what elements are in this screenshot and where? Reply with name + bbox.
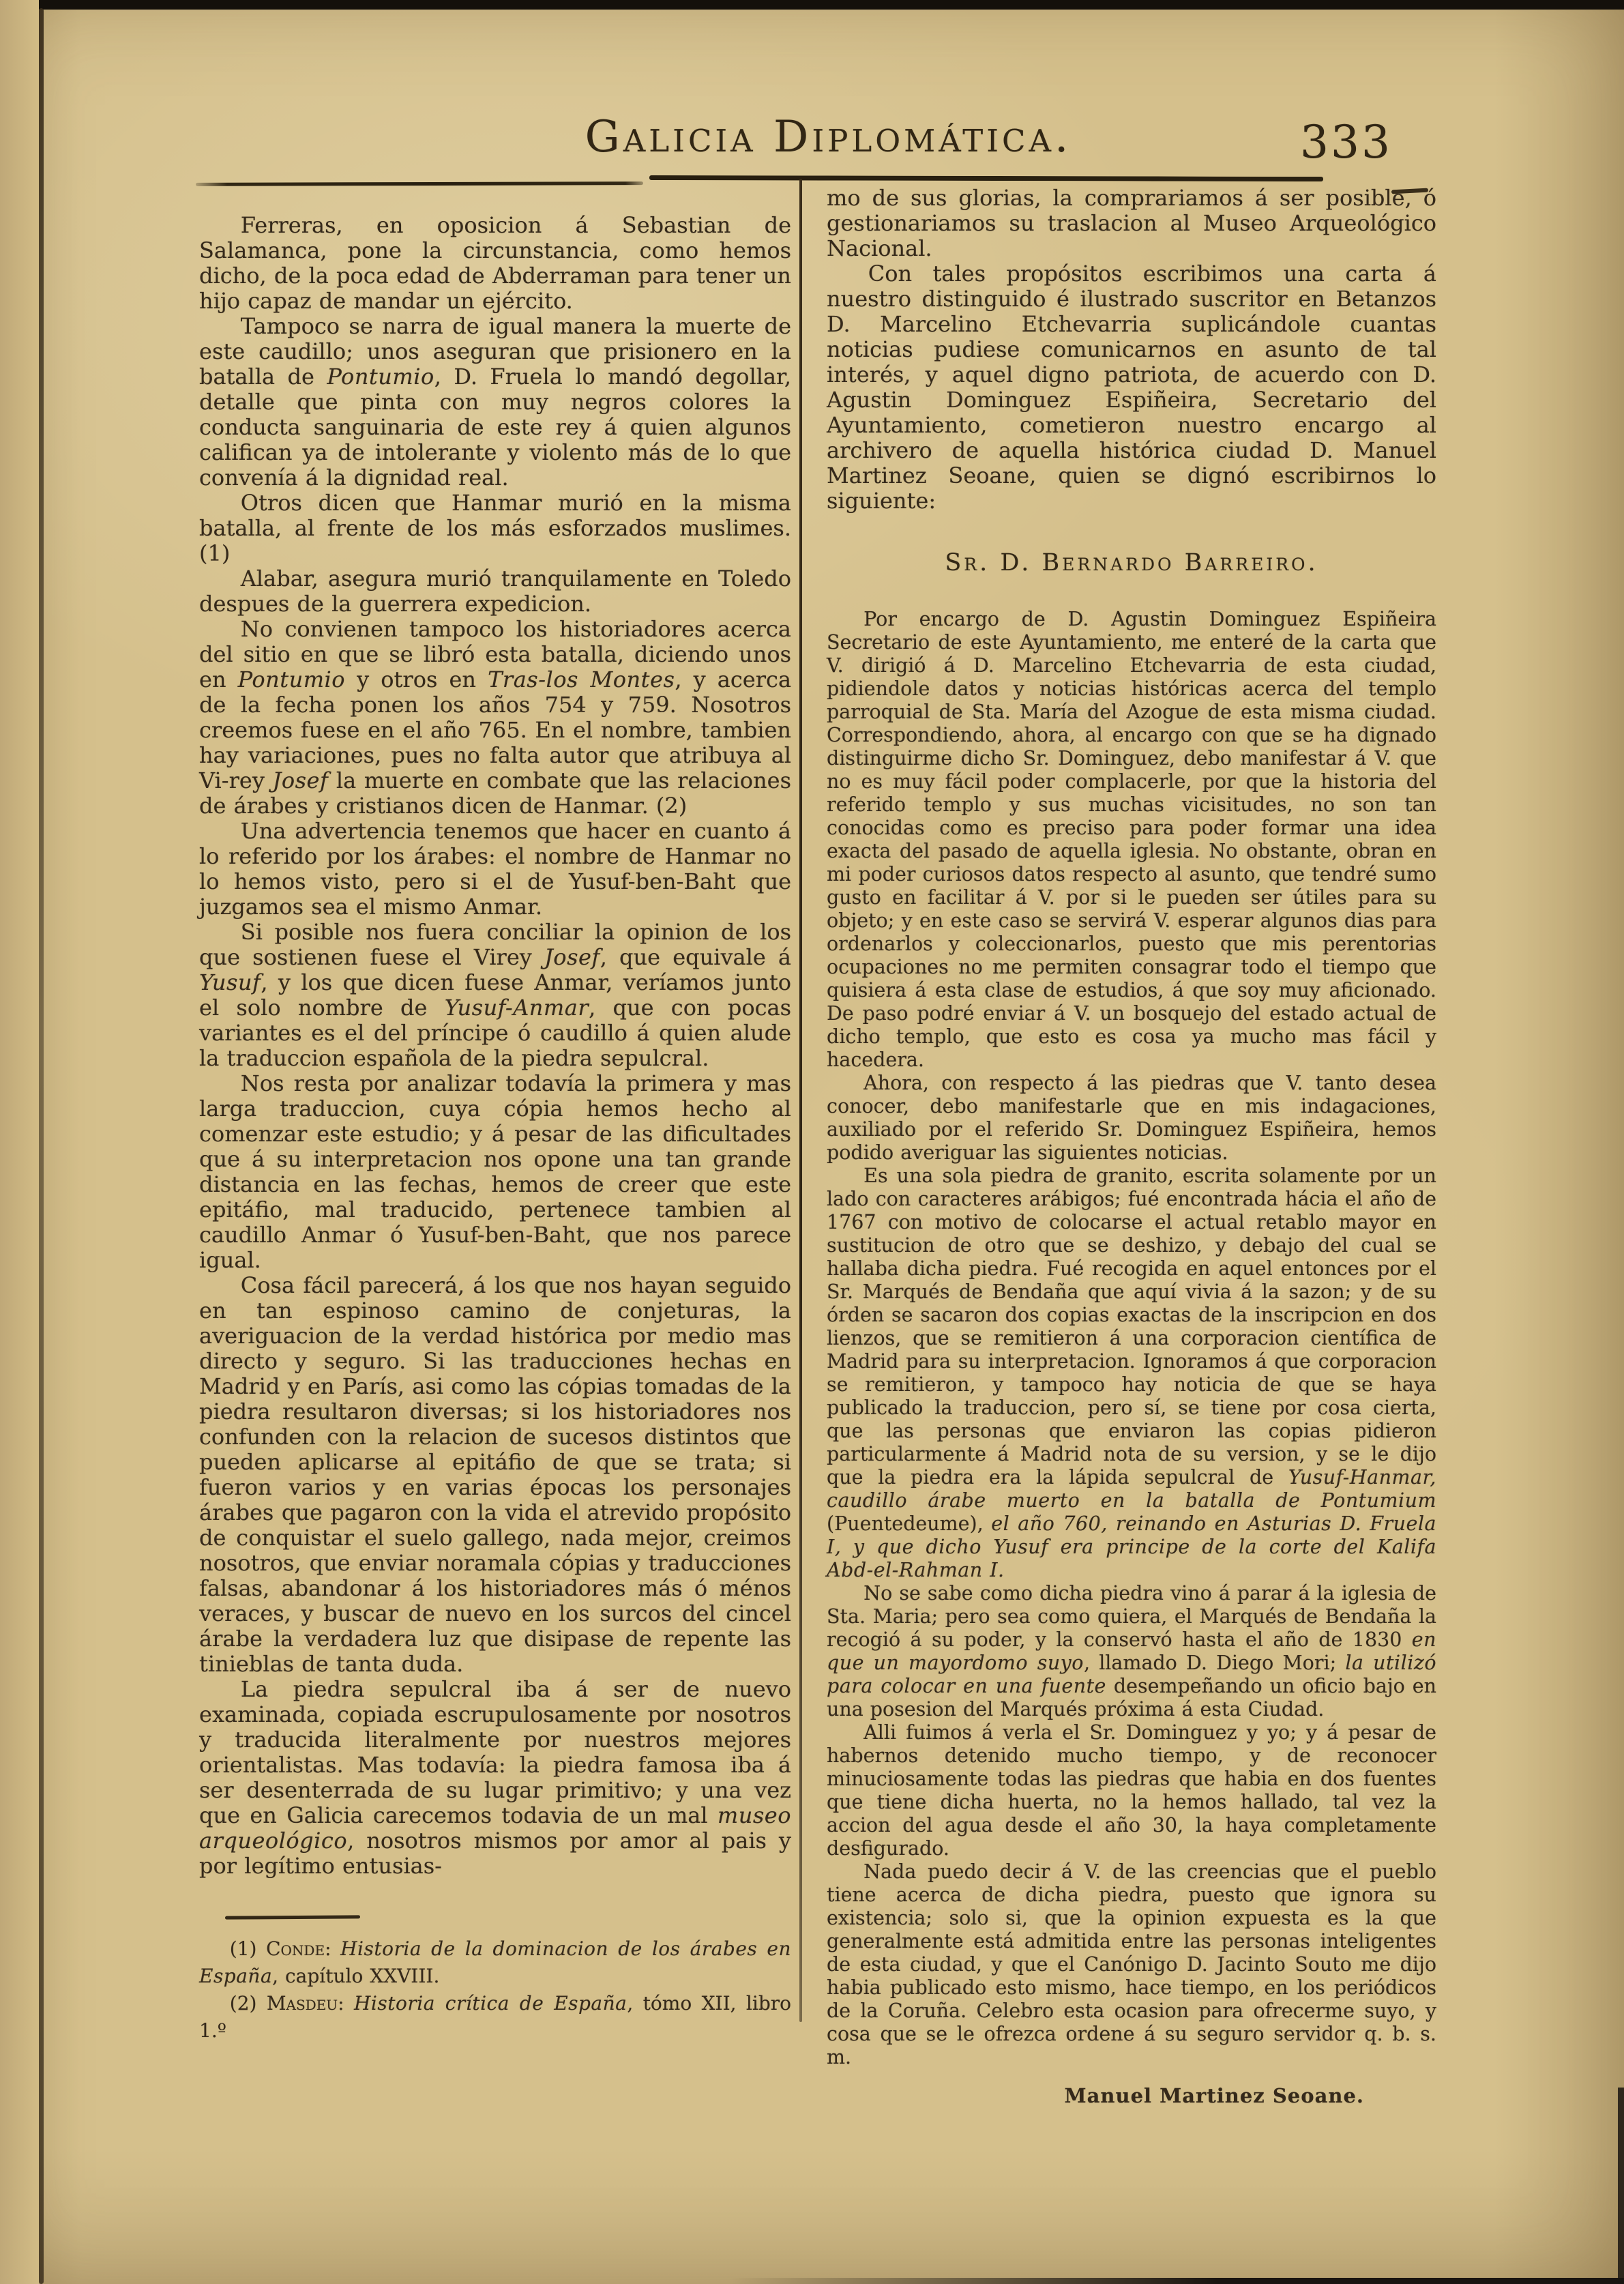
left-column: Ferreras, en oposicion á Sebastian de Sa… — [199, 213, 791, 2045]
scan-edge-left — [0, 0, 39, 2284]
article-paragraph: La piedra sepulcral iba á ser de nuevo e… — [199, 1677, 791, 1879]
letter-paragraph: Nada puedo decir á V. de las creencias q… — [827, 1860, 1436, 2069]
footnote: (1) Conde: Historia de la dominacion de … — [199, 1935, 791, 1990]
page-number: 333 — [1300, 116, 1392, 169]
article-paragraph: Una advertencia tenemos que hacer en cua… — [199, 819, 791, 920]
footnotes: (1) Conde: Historia de la dominacion de … — [199, 1935, 791, 2045]
column-divider-rule — [799, 179, 802, 2022]
letter-paragraph: Ahora, con respecto á las piedras que V.… — [827, 1072, 1436, 1165]
article-paragraph: Nos resta por analizar todavía la primer… — [199, 1071, 791, 1273]
footnote: (2) Masdeu: Historia crítica de España, … — [199, 1990, 791, 2045]
left-column-text: Ferreras, en oposicion á Sebastian de Sa… — [199, 213, 791, 1879]
header-rule-right — [649, 175, 1323, 181]
scan-edge-bottom — [0, 2278, 1624, 2284]
article-paragraph: Con tales propósitos escribimos una cart… — [827, 261, 1436, 514]
header-rule-left — [196, 181, 643, 186]
right-column-intro: mo de sus glorias, la comprariamos á ser… — [827, 186, 1436, 514]
scan-edge-right — [1618, 2088, 1624, 2284]
letter-body: Por encargo de D. Agustin Dominguez Espi… — [827, 608, 1436, 2069]
book-gutter-shadow — [39, 8, 44, 2284]
letter-paragraph: Alli fuimos á verla el Sr. Dominguez y y… — [827, 1721, 1436, 1860]
article-paragraph: Si posible nos fuera conciliar la opinio… — [199, 920, 791, 1071]
scanned-journal-page: Galicia Diplomática. 333 Ferreras, en op… — [0, 0, 1624, 2284]
article-paragraph: Ferreras, en oposicion á Sebastian de Sa… — [199, 213, 791, 314]
article-paragraph: Alabar, asegura murió tranquilamente en … — [199, 566, 791, 617]
article-paragraph: Cosa fácil parecerá, á los que nos hayan… — [199, 1273, 791, 1677]
letter-paragraph: Es una sola piedra de granito, escrita s… — [827, 1165, 1436, 1582]
letter-paragraph: No se sabe como dicha piedra vino á para… — [827, 1582, 1436, 1721]
article-paragraph: No convienen tampoco los historiadores a… — [199, 617, 791, 819]
footnote-rule — [225, 1915, 360, 1919]
letter-salutation: Sr. D. Bernardo Barreiro. — [827, 549, 1436, 576]
right-column: mo de sus glorias, la comprariamos á ser… — [827, 186, 1436, 2107]
scan-edge-top — [0, 0, 1624, 10]
article-paragraph: Tampoco se narra de igual manera la muer… — [199, 314, 791, 491]
letter-signature: Manuel Martinez Seoane. — [827, 2084, 1436, 2107]
article-paragraph: Otros dicen que Hanmar murió en la misma… — [199, 491, 791, 566]
letter-paragraph: Por encargo de D. Agustin Dominguez Espi… — [827, 608, 1436, 1072]
article-paragraph: mo de sus glorias, la comprariamos á ser… — [827, 186, 1436, 261]
